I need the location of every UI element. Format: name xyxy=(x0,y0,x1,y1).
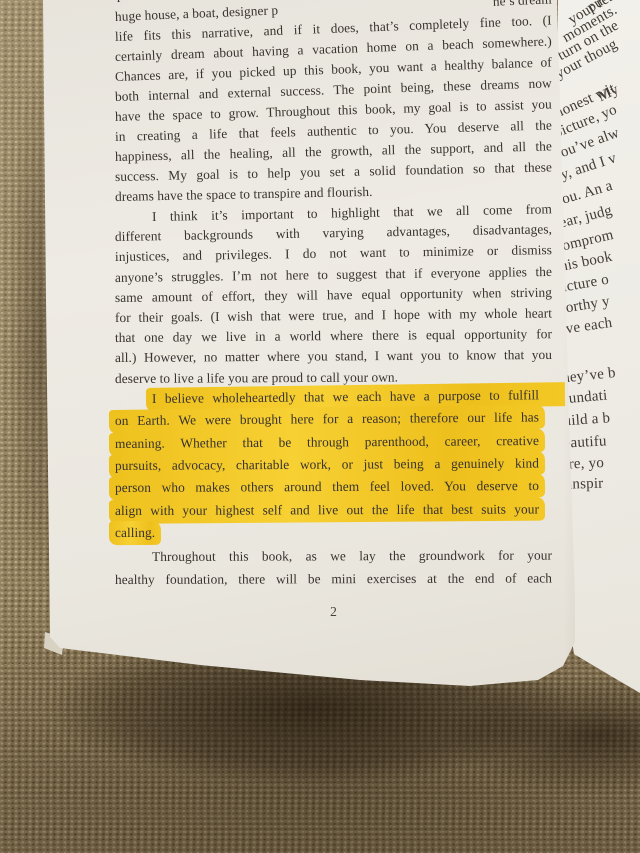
top-cut-text-fragment: pr xyxy=(117,0,128,3)
highlighted-line: person who makes others around them feel… xyxy=(115,478,539,497)
text-line: same amount of effort, they will have eq… xyxy=(115,284,552,306)
text-line: Throughout this book, as we lay the grou… xyxy=(152,548,552,566)
text-line: all.) However, no matter where you stand… xyxy=(115,347,552,367)
page-number: 2 xyxy=(115,604,552,620)
highlighted-line: pursuits, advocacy, charitable work, or … xyxy=(115,455,539,475)
highlighted-line: meaning. Whether that be through parenth… xyxy=(115,433,539,453)
book-photo-scene: puyour resmoments. turn on theyour thoug… xyxy=(0,0,640,853)
text-line: healthy foundation, there will be mini e… xyxy=(115,570,552,589)
text-line: anyone’s struggles. I’m not here to sugg… xyxy=(115,263,552,286)
text-line: that one day we live in a world where th… xyxy=(115,326,552,347)
highlighted-line: on Earth. We were brought here for a rea… xyxy=(115,410,539,431)
highlighted-line: align with your highest self and live ou… xyxy=(115,501,539,519)
highlighted-line: calling. xyxy=(115,524,539,542)
text-line: for their goals. (I wish that were true,… xyxy=(115,305,552,327)
text-line: injustices, and privileges. I do not wan… xyxy=(115,243,552,267)
